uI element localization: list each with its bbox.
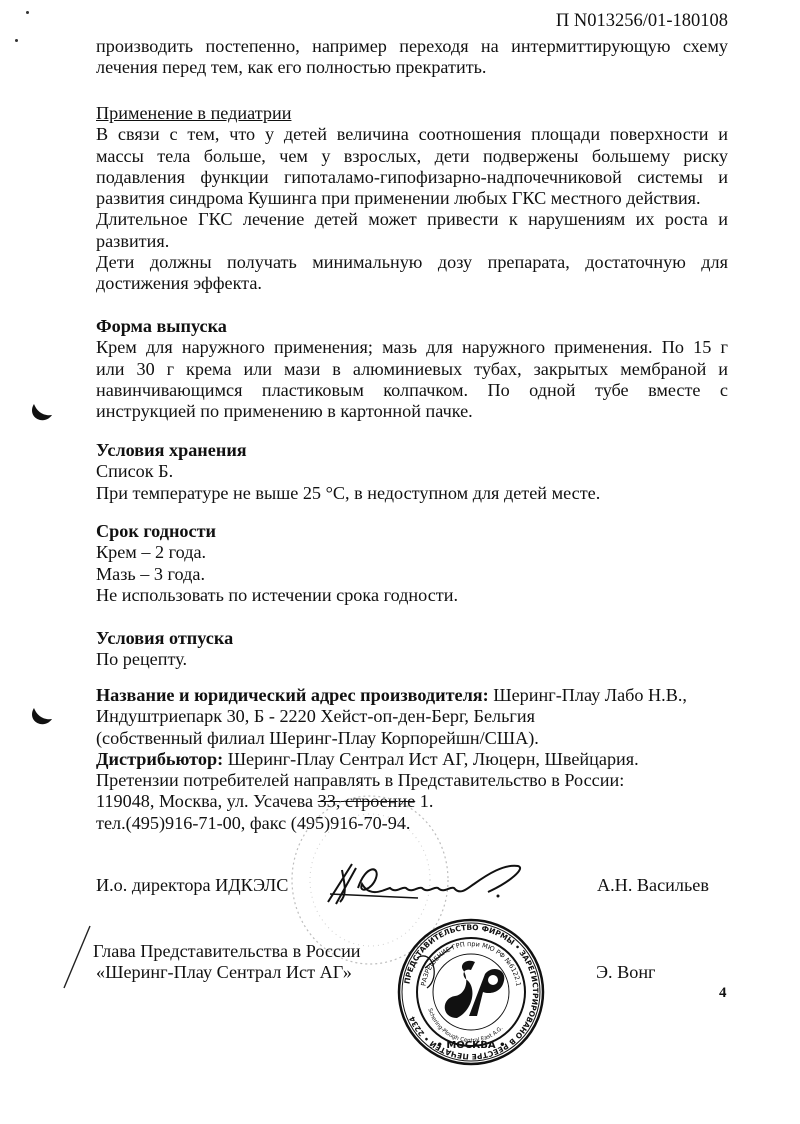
section-heading: Условия хранения: [96, 440, 728, 461]
director-signature-icon: [318, 858, 533, 908]
head-title-line2: «Шеринг-Плау Сентрал Ист АГ»: [96, 962, 352, 983]
text-line: подавления функции гипоталамо-гипофизарн…: [96, 167, 728, 188]
document-registration-number: П N013256/01-180108: [556, 11, 728, 32]
text-line: Не использовать по истечении срока годно…: [96, 585, 728, 606]
text-line: При температуре не выше 25 °С, в недосту…: [96, 483, 728, 504]
distributor-line: Дистрибьютор: Шеринг-Плау Сентрал Ист АГ…: [96, 749, 728, 770]
text-line: По рецепту.: [96, 649, 728, 670]
section-heading: Форма выпуска: [96, 316, 728, 337]
manufacturer-line: Название и юридический адрес производите…: [96, 685, 728, 706]
text-line: Дети должны получать минимальную дозу пр…: [96, 252, 728, 273]
section-heading: Срок годности: [96, 521, 728, 542]
slash-mark-icon: [58, 922, 98, 992]
scan-speck: [26, 11, 29, 14]
section-shelf-life: Срок годности Крем – 2 года. Мазь – 3 го…: [96, 521, 728, 606]
text-line: Длительное ГКС лечение детей может приве…: [96, 209, 728, 230]
text-line: навинчивающимся пластиковым колпачком. П…: [96, 380, 728, 401]
head-name: Э. Вонг: [596, 962, 656, 983]
svg-text:• МОСКВА •: • МОСКВА •: [436, 1040, 505, 1051]
manufacturer-note: (собственный филиал Шеринг-Плау Корпорей…: [96, 728, 728, 749]
manufacturer-label: Название и юридический адрес производите…: [96, 685, 489, 705]
text-line: Крем – 2 года.: [96, 542, 728, 563]
document-page: П N013256/01-180108 производить постепен…: [0, 0, 800, 1124]
official-stamp-icon: ПРЕДСТАВИТЕЛЬСТВО ФИРМЫ • ЗАРЕГИСТРИРОВА…: [397, 918, 545, 1066]
text-line: развития синдрома Кушинга при применении…: [96, 188, 728, 209]
distributor-value: Шеринг-Плау Сентрал Ист АГ, Люцерн, Швей…: [223, 749, 639, 769]
margin-mark-icon: [28, 402, 54, 422]
text-line: Мазь – 3 года.: [96, 564, 728, 585]
svg-text:Schering-Plough Central East A: Schering-Plough Central East A.G.: [426, 1008, 504, 1044]
section-pediatrics: Применение в педиатрии В связи с тем, чт…: [96, 103, 728, 295]
distributor-label: Дистрибьютор:: [96, 749, 223, 769]
section-heading: Условия отпуска: [96, 628, 728, 649]
manufacturer-name: Шеринг-Плау Лабо Н.В.,: [489, 685, 687, 705]
margin-mark-icon: [28, 706, 54, 726]
continuation-paragraph: производить постепенно, например переход…: [96, 36, 728, 79]
text-line: лечения перед тем, как его полностью пре…: [96, 57, 728, 78]
director-title: И.о. директора ИДКЭЛС: [96, 875, 288, 896]
page-number: 4: [719, 985, 727, 1002]
section-dispensing: Условия отпуска По рецепту.: [96, 628, 728, 671]
director-name: А.Н. Васильев: [597, 875, 709, 896]
text-line: инструкцией по применению в картонной па…: [96, 401, 728, 422]
section-heading: Применение в педиатрии: [96, 103, 728, 124]
manufacturer-address: Индуштриепарк 30, Б - 2220 Хейст-оп-ден-…: [96, 706, 728, 727]
text-line: развития.: [96, 231, 728, 252]
text-line: или 30 г крема или мази в алюминиевых ту…: [96, 359, 728, 380]
claims-line: Претензии потребителей направлять в Пред…: [96, 770, 728, 791]
scan-speck: [15, 39, 18, 42]
text-line: Крем для наружного применения; мазь для …: [96, 337, 728, 358]
section-storage: Условия хранения Список Б. При температу…: [96, 440, 728, 504]
text-line: производить постепенно, например переход…: [96, 36, 728, 57]
head-title-line1: Глава Представительства в России: [93, 941, 361, 962]
section-release-form: Форма выпуска Крем для наружного примене…: [96, 316, 728, 422]
text-line: Список Б.: [96, 461, 728, 482]
text-line: массы тела больше, чем у взрослых, дети …: [96, 146, 728, 167]
text-line: достижения эффекта.: [96, 273, 728, 294]
text-line: В связи с тем, что у детей величина соот…: [96, 124, 728, 145]
